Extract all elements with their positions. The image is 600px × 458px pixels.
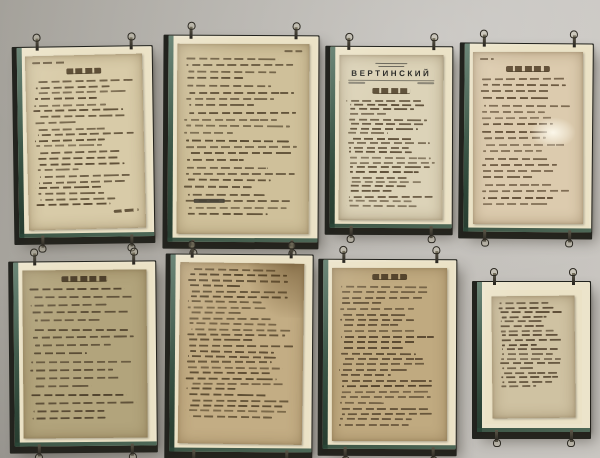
- mounting-clip-icon: [130, 234, 133, 246]
- framed-manuscript: [13, 261, 157, 446]
- mounting-clip-icon: [131, 444, 134, 456]
- mounting-clip-icon: [38, 444, 41, 456]
- stanza: [346, 196, 436, 207]
- stanza: [184, 166, 302, 188]
- stanza: [30, 361, 140, 388]
- handwriting-line: [350, 138, 412, 140]
- framed-manuscript: [477, 282, 590, 432]
- stanza: [339, 408, 440, 426]
- handwriting-line: [499, 306, 554, 308]
- handwriting-line: [35, 186, 101, 189]
- stanza: [480, 158, 576, 179]
- handwriting-line: [340, 401, 384, 403]
- handwriting-line: [342, 330, 416, 332]
- handwriting-line: [349, 151, 412, 153]
- manuscript-paper: [178, 262, 305, 445]
- mounting-clip-icon: [132, 253, 135, 265]
- handwriting-line: [29, 288, 124, 291]
- handwriting-line: [501, 329, 554, 332]
- handwriting-line: [501, 376, 558, 378]
- handwriting-line: [187, 213, 267, 216]
- handwriting-line: [190, 112, 297, 114]
- stanza: [184, 112, 302, 134]
- glass-edge-left-icon: [323, 260, 329, 449]
- handwriting-line: [484, 137, 546, 140]
- handwriting-line: [343, 297, 423, 299]
- handwriting-line: [38, 114, 126, 118]
- handwriting-line: [38, 192, 104, 195]
- manuscript-text-area: ВЕРТИНСКИЙ: [346, 61, 437, 214]
- handwriting-line: [350, 104, 424, 106]
- handwriting-line: [349, 118, 427, 121]
- handwriting-line: [190, 350, 274, 354]
- handwriting-line: [187, 159, 244, 161]
- handwriting-line: [35, 344, 111, 347]
- handwriting-line: [480, 117, 552, 120]
- handwriting-line: [348, 185, 407, 187]
- mounting-clip-icon: [483, 35, 486, 47]
- handwriting-line: [38, 127, 107, 131]
- mounting-clip-icon: [41, 236, 44, 248]
- manuscript-paper: [473, 52, 583, 224]
- mounting-clip-icon: [433, 38, 436, 50]
- handwriting-line: [483, 150, 542, 152]
- handwriting-line: [483, 197, 553, 199]
- handwriting-line: [342, 385, 432, 388]
- manuscript-title: [346, 87, 436, 93]
- handwriting-line: [189, 92, 294, 94]
- corner-note: [480, 58, 494, 60]
- stanza: [186, 317, 296, 342]
- handwriting-line: [482, 184, 552, 186]
- blackout-mark: [194, 199, 226, 203]
- stanza: [346, 138, 436, 154]
- handwriting-line: [189, 404, 284, 407]
- handwriting-line: [187, 166, 268, 168]
- signature: [114, 208, 139, 212]
- handwriting-line: [350, 171, 419, 173]
- handwriting-line: [340, 319, 414, 321]
- handwriting-line: [499, 302, 548, 304]
- handwriting-line: [482, 131, 550, 133]
- mounting-clip-icon: [484, 230, 487, 242]
- handwriting-line: [187, 318, 271, 321]
- handwriting-line: [31, 311, 130, 314]
- handwriting-line: [502, 334, 558, 336]
- handwriting-line: [31, 361, 131, 364]
- handwriting-line: [500, 311, 565, 313]
- letterhead: ВЕРТИНСКИЙ: [346, 62, 436, 83]
- letterhead-small-line: [379, 65, 404, 67]
- manuscript-paper: [491, 296, 575, 419]
- handwriting-line: [34, 97, 96, 100]
- handwriting-line: [346, 204, 416, 206]
- handwriting-line: [483, 123, 553, 125]
- handwriting-line: [190, 345, 294, 348]
- manuscript-text-area: [480, 58, 576, 218]
- handwriting-line: [187, 388, 236, 391]
- handwriting-line: [187, 333, 285, 336]
- mat-board: [485, 290, 582, 424]
- handwriting-line: [339, 369, 407, 371]
- handwriting-line: [350, 157, 431, 159]
- handwriting-line: [190, 284, 243, 287]
- handwriting-line: [185, 200, 292, 202]
- handwriting-line: [501, 371, 558, 373]
- letterhead-rule: [348, 79, 434, 83]
- mounting-clip-icon: [349, 226, 352, 238]
- handwriting-line: [499, 325, 545, 327]
- handwriting-line: [350, 108, 414, 110]
- letterhead-small-line: [375, 62, 407, 64]
- framed-manuscript: [323, 260, 457, 449]
- manuscript-title: [480, 66, 576, 72]
- framed-manuscript: [167, 36, 318, 243]
- letterhead-side-text: [417, 82, 434, 84]
- manuscript-paper: [332, 268, 447, 441]
- stanza: [185, 394, 295, 419]
- handwriting-line: [348, 200, 411, 203]
- handwriting-line: [349, 196, 433, 198]
- handwriting-line: [32, 417, 105, 420]
- handwriting-line: [347, 190, 392, 192]
- stanza: [339, 330, 440, 348]
- stanza: [34, 150, 137, 171]
- stanza: [187, 290, 297, 315]
- handwriting-line: [189, 415, 272, 419]
- handwriting-line: [186, 139, 289, 142]
- stanza: [33, 79, 136, 100]
- handwriting-line: [342, 341, 415, 343]
- mat-board: ВЕРТИНСКИЙ: [332, 49, 451, 226]
- mat-board: [171, 257, 310, 451]
- manuscript-text-area: [185, 268, 297, 439]
- mounting-clip-icon: [192, 450, 195, 458]
- handwriting-line: [34, 409, 105, 412]
- stanza: [499, 348, 568, 369]
- glass-pane: [323, 260, 457, 449]
- handwriting-line: [187, 306, 265, 309]
- handwriting-line: [341, 352, 416, 355]
- handwriting-line: [35, 319, 100, 322]
- stanza: [346, 157, 436, 173]
- handwriting-line: [339, 291, 428, 293]
- handwriting-line: [341, 374, 391, 376]
- handwriting-line: [191, 311, 243, 314]
- mounting-clip-icon: [35, 39, 38, 51]
- handwriting-line: [350, 127, 418, 129]
- handwriting-line: [187, 361, 272, 364]
- glass-edge-bottom-icon: [330, 224, 452, 228]
- handwriting-line: [187, 85, 271, 88]
- handwriting-line: [481, 176, 534, 178]
- mounting-clip-icon: [435, 251, 438, 263]
- stanza: [187, 268, 297, 287]
- handwriting-line: [502, 353, 553, 355]
- framed-manuscript: [169, 255, 312, 453]
- handwriting-line: [34, 103, 106, 107]
- handwriting-line: [342, 336, 435, 338]
- glass-pane: ВЕРТИНСКИЙ: [330, 47, 453, 228]
- handwriting-line: [188, 179, 271, 182]
- stanza: [498, 302, 567, 323]
- handwriting-line: [482, 78, 567, 81]
- stanza: [186, 344, 296, 363]
- mat-board: [465, 45, 591, 230]
- glass-edge-bottom-icon: [323, 445, 456, 449]
- handwriting-line: [340, 308, 414, 310]
- handwriting-line: [39, 180, 125, 184]
- stanza: [480, 131, 576, 152]
- manuscript-text-area: [339, 274, 440, 435]
- handwriting-line: [188, 355, 276, 359]
- glass-pane: [13, 261, 157, 446]
- handwriting-line: [341, 302, 384, 304]
- handwriting-line: [502, 343, 537, 345]
- mat-board: [15, 263, 155, 444]
- handwriting-line: [340, 418, 412, 420]
- framed-manuscript: [17, 46, 155, 238]
- handwriting-line: [483, 158, 548, 160]
- mounting-clip-icon: [295, 27, 298, 39]
- title-underline-squiggle: [372, 274, 407, 280]
- handwriting-line: [191, 295, 288, 298]
- handwriting-line: [342, 380, 432, 382]
- handwriting-line: [34, 295, 135, 298]
- title-underline-squiggle: [372, 87, 411, 93]
- handwriting-line: [34, 352, 87, 355]
- mounting-clip-icon: [495, 430, 498, 442]
- mounting-clip-icon: [342, 251, 345, 263]
- stanza: [339, 286, 440, 304]
- handwriting-line: [188, 279, 288, 283]
- handwriting-line: [341, 346, 403, 348]
- handwriting-line: [346, 113, 386, 115]
- stanza: [184, 85, 302, 107]
- manuscript-title: [32, 67, 135, 75]
- letterhead-side-text: [348, 82, 365, 84]
- handwriting-line: [191, 290, 290, 293]
- handwriting-line: [502, 316, 547, 319]
- handwriting-line: [191, 383, 285, 386]
- handwriting-line: [184, 119, 277, 121]
- handwriting-line: [484, 143, 565, 145]
- handwriting-line: [32, 328, 128, 331]
- handwriting-line: [40, 174, 130, 178]
- handwriting-line: [186, 64, 293, 66]
- corner-note: [285, 50, 303, 52]
- manuscript-text-area: [32, 60, 139, 224]
- handwriting-line: [500, 362, 563, 364]
- handwriting-line: [483, 84, 566, 86]
- handwriting-line: [348, 176, 407, 178]
- handwriting-line: [185, 146, 296, 148]
- handwriting-line: [190, 104, 255, 106]
- handwriting-line: [350, 162, 435, 164]
- handwriting-line: [34, 109, 124, 113]
- handwriting-line: [40, 197, 115, 201]
- handwriting-line: [481, 96, 549, 98]
- mounting-clip-icon: [191, 246, 194, 258]
- glass-edge-left-icon: [330, 47, 336, 228]
- handwriting-line: [501, 357, 561, 359]
- handwriting-line: [38, 150, 121, 155]
- letterhead-name: ВЕРТИНСКИЙ: [346, 68, 436, 77]
- glass-pane: [463, 43, 593, 232]
- handwriting-line: [339, 424, 409, 426]
- stanza: [346, 119, 436, 135]
- title-underline-squiggle: [61, 276, 107, 282]
- handwriting-line: [186, 58, 278, 61]
- stanza: [30, 394, 140, 421]
- mounting-clip-icon: [570, 430, 573, 442]
- handwriting-line: [39, 162, 124, 166]
- handwriting-line: [502, 381, 552, 383]
- handwriting-line: [185, 409, 286, 413]
- handwriting-line: [480, 90, 551, 92]
- stanza: [339, 308, 440, 326]
- mounting-clip-icon: [347, 38, 350, 50]
- glass-pane: [167, 36, 318, 243]
- handwriting-line: [482, 111, 545, 113]
- stanza: [499, 371, 568, 387]
- glass-pane: [169, 255, 312, 453]
- mounting-clip-icon: [130, 37, 133, 49]
- handwriting-line: [189, 399, 289, 402]
- handwriting-line: [481, 203, 548, 205]
- stanza: [346, 99, 436, 115]
- handwriting-line: [37, 168, 78, 171]
- mounting-clip-icon: [286, 450, 289, 458]
- mat-board: [169, 38, 316, 241]
- handwriting-line: [35, 401, 136, 405]
- handwriting-line: [30, 369, 113, 372]
- stanza: [184, 58, 302, 80]
- handwriting-line: [33, 336, 134, 340]
- stanza: [346, 176, 436, 192]
- mounting-clip-icon: [572, 35, 575, 47]
- handwriting-line: [482, 190, 569, 192]
- handwriting-line: [186, 98, 274, 100]
- title-underline-squiggle: [506, 66, 549, 72]
- stanza: [499, 325, 568, 346]
- mat-board: [19, 48, 153, 236]
- stanza: [480, 105, 576, 126]
- handwriting-line: [37, 132, 133, 137]
- handwriting-line: [501, 385, 536, 387]
- framed-manuscript: [463, 43, 593, 232]
- handwriting-line: [186, 339, 253, 342]
- handwriting-line: [482, 170, 556, 172]
- handwriting-line: [188, 70, 276, 73]
- stanza: [480, 78, 576, 99]
- glass-edge-bottom-icon: [477, 428, 590, 432]
- handwriting-line: [192, 328, 291, 332]
- handwriting-line: [502, 367, 533, 369]
- handwriting-line: [189, 322, 276, 326]
- mounting-clip-icon: [430, 226, 433, 238]
- handwriting-line: [341, 396, 431, 398]
- stanza: [185, 366, 295, 391]
- mounting-clip-icon: [572, 273, 575, 285]
- glass-edge-left-icon: [477, 282, 482, 432]
- handwriting-line: [348, 132, 388, 134]
- handwriting-line: [184, 186, 252, 188]
- mounting-clip-icon: [568, 230, 571, 242]
- handwriting-line: [190, 273, 287, 277]
- handwriting-line: [36, 144, 102, 147]
- stanza: [339, 352, 440, 376]
- handwriting-line: [340, 408, 430, 410]
- handwriting-line: [342, 286, 428, 289]
- manuscript-title: [339, 274, 440, 280]
- mounting-clip-icon: [432, 447, 435, 458]
- handwriting-line: [188, 393, 268, 396]
- handwriting-line: [346, 99, 421, 101]
- handwriting-line: [342, 324, 399, 326]
- handwriting-line: [189, 372, 272, 375]
- mat-board: [325, 262, 455, 447]
- handwriting-line: [184, 131, 233, 133]
- mounting-clip-icon: [190, 27, 193, 39]
- handwriting-line: [350, 166, 430, 168]
- mounting-clip-icon: [33, 253, 36, 265]
- stanza: [339, 380, 440, 404]
- manuscript-paper: [25, 54, 146, 231]
- handwriting-line: [36, 203, 110, 207]
- mounting-clip-icon: [493, 273, 496, 285]
- handwriting-line: [186, 377, 277, 380]
- handwriting-line: [30, 303, 106, 307]
- handwriting-line: [484, 104, 570, 106]
- handwriting-line: [502, 348, 558, 350]
- handwriting-line: [35, 138, 105, 142]
- handwriting-line: [187, 77, 243, 79]
- handwriting-line: [342, 363, 426, 365]
- handwriting-line: [191, 268, 276, 272]
- glass-pane: [477, 282, 590, 432]
- stanza: [34, 126, 137, 147]
- handwriting-line: [342, 413, 432, 416]
- handwriting-line: [349, 147, 409, 149]
- handwriting-line: [38, 156, 121, 160]
- handwriting-line: [188, 366, 283, 369]
- stanza: [33, 103, 136, 124]
- handwriting-line: [343, 313, 408, 315]
- mounting-clip-icon: [290, 246, 293, 258]
- handwriting-line: [186, 125, 290, 128]
- manuscript-title: [29, 276, 139, 283]
- manuscript-paper: [22, 269, 147, 438]
- title-underline-squiggle: [66, 68, 102, 75]
- handwriting-line: [36, 384, 92, 387]
- handwriting-line: [348, 123, 424, 125]
- stanza: [29, 288, 139, 322]
- manuscript-paper: ВЕРТИНСКИЙ: [339, 55, 444, 220]
- handwriting-line: [500, 339, 562, 341]
- museum-wall-photo: ВЕРТИНСКИЙ: [0, 0, 600, 458]
- manuscript-text-area: [29, 276, 140, 433]
- manuscript-text-area: [184, 50, 303, 228]
- handwriting-line: [36, 79, 133, 83]
- glass-pane: [17, 46, 155, 238]
- stanza: [35, 174, 139, 206]
- handwriting-line: [35, 90, 125, 94]
- mounting-clip-icon: [344, 447, 347, 458]
- stanza: [480, 184, 576, 205]
- manuscript-paper: [177, 44, 310, 235]
- handwriting-line: [189, 207, 287, 209]
